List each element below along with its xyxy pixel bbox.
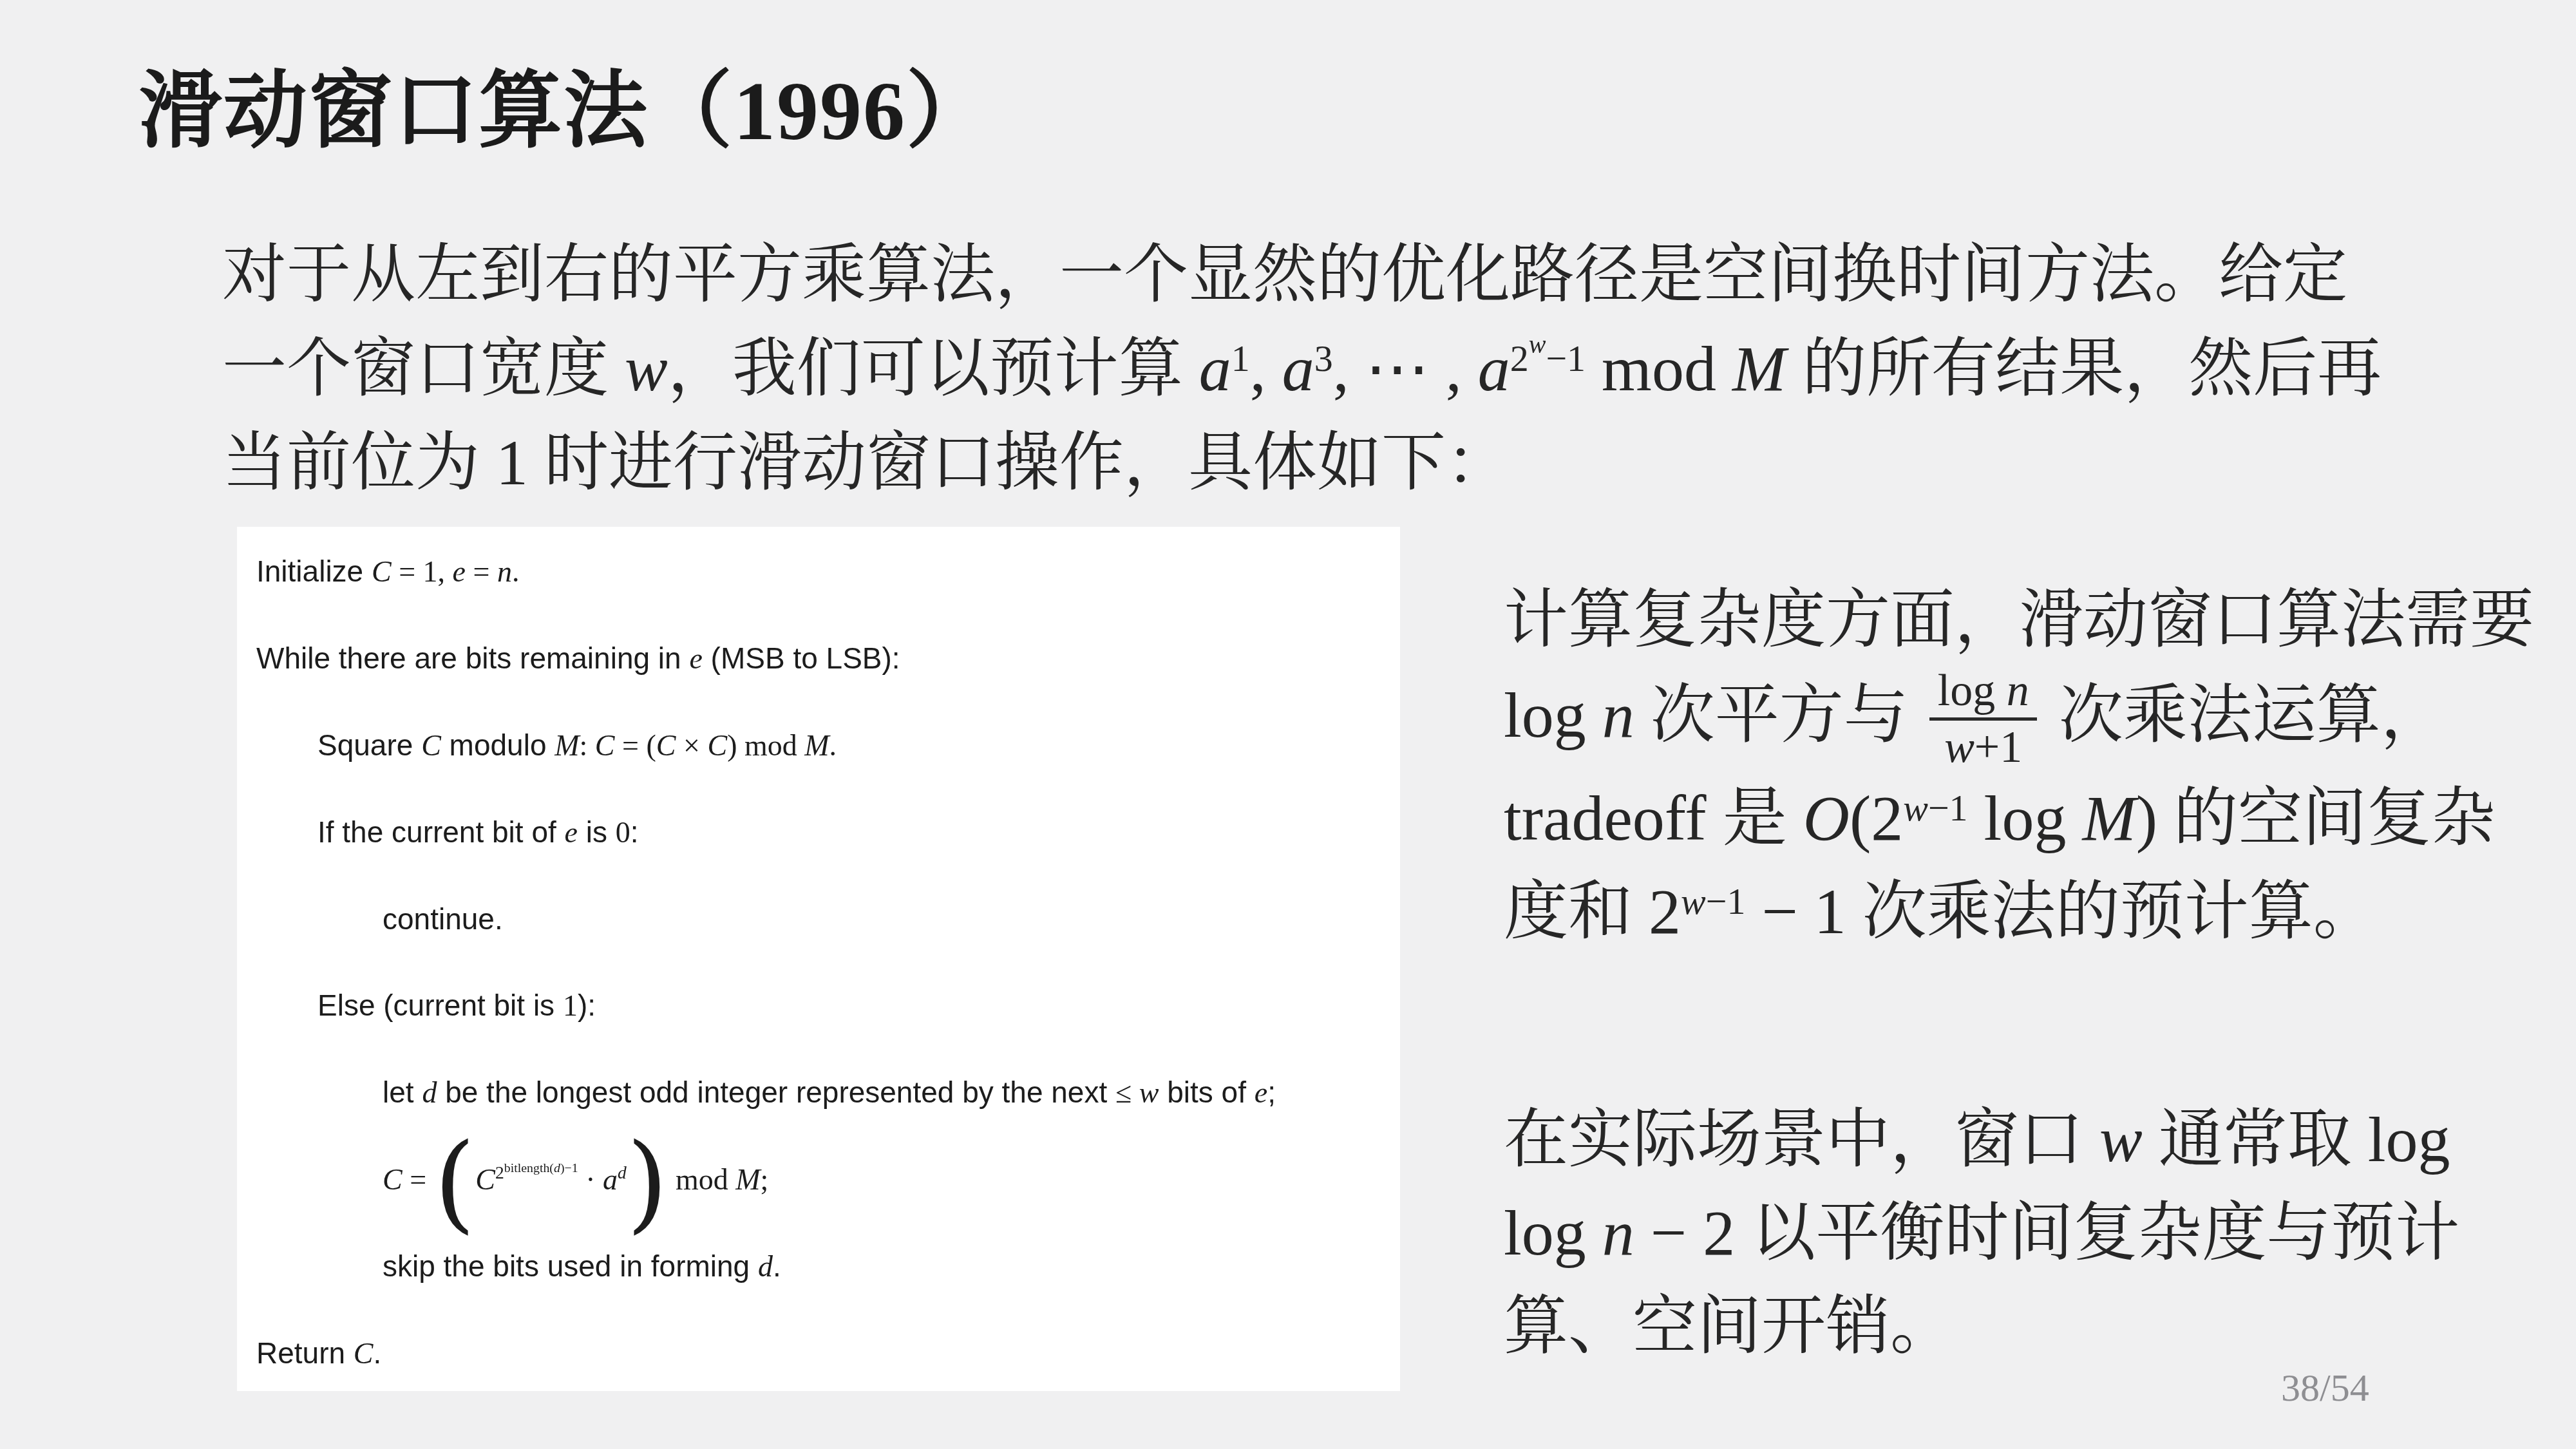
- formula-base-C: C: [475, 1163, 495, 1196]
- formula-bitlength-open: bitlength(: [504, 1161, 554, 1175]
- box-line-formula: C = (C2bitlength(d)−1 · ad) mod M;: [256, 1136, 1400, 1223]
- formula-exp-2: 2: [495, 1162, 504, 1182]
- fraction-var-n: n: [2007, 666, 2029, 715]
- formula-var-C: C: [383, 1163, 402, 1196]
- box-line-if-bit-zero: If the current bit of e is 0:: [256, 789, 1400, 876]
- formula-equals: =: [402, 1163, 434, 1196]
- fraction-denominator: w+1: [1929, 721, 2037, 772]
- box-line-let-d: let d be the longest odd integer represe…: [256, 1049, 1400, 1136]
- box-line-else-bit-one: Else (current bit is 1):: [256, 962, 1400, 1049]
- formula-var-d: d: [554, 1161, 560, 1175]
- fraction-var-w: w: [1944, 723, 1975, 772]
- box-line-continue: continue.: [256, 876, 1400, 962]
- formula-cdot: ·: [578, 1163, 603, 1196]
- slide-title: 滑动窗口算法（1996）: [138, 61, 991, 162]
- formula-exp-d-wrap: d: [618, 1162, 627, 1182]
- formula-var-a: a: [603, 1163, 618, 1196]
- box-line-initialize: Initialize C = 1, e = n.: [256, 528, 1400, 615]
- box-line-while: While there are bits remaining in e (MSB…: [256, 615, 1400, 702]
- formula-bitlength-close-minus1: )−1: [560, 1161, 578, 1175]
- algorithm-box: Initialize C = 1, e = n. While there are…: [237, 527, 1400, 1391]
- intro-paragraph: 对于从左到右的平方乘算法，一个显然的优化路径是空间换时间方法。给定一个窗口宽度 …: [222, 228, 2386, 510]
- formula-var-M: M: [735, 1163, 760, 1196]
- fraction-logn-over-w-plus-1: log nw+1: [1929, 667, 2037, 772]
- fraction-numerator: log n: [1929, 667, 2037, 721]
- fraction-log: log: [1938, 666, 2007, 715]
- slide: 滑动窗口算法（1996） 对于从左到右的平方乘算法，一个显然的优化路径是空间换时…: [0, 0, 2576, 1449]
- box-line-square: Square C modulo M: C = (C × C) mod M.: [256, 702, 1400, 789]
- formula-semicolon: ;: [760, 1163, 768, 1196]
- formula-exp-bitlength: bitlength(d)−1: [504, 1161, 578, 1175]
- box-line-return: Return C.: [256, 1310, 1400, 1397]
- formula-mod: mod: [668, 1163, 735, 1196]
- formula-exponent: 2bitlength(d)−1: [495, 1162, 578, 1182]
- box-line-skip: skip the bits used in forming d.: [256, 1223, 1400, 1310]
- page-number: 38/54: [2281, 1367, 2369, 1409]
- formula-exp-d: d: [618, 1162, 627, 1182]
- fraction-plus-1: +1: [1975, 723, 2022, 772]
- practical-paragraph: 在实际场景中，窗口 w 通常取 log log n − 2 以平衡时间复杂度与预…: [1504, 1093, 2534, 1373]
- complexity-paragraph: 计算复杂度方面，滑动窗口算法需要 log n 次平方与 log nw+1 次乘法…: [1504, 573, 2534, 958]
